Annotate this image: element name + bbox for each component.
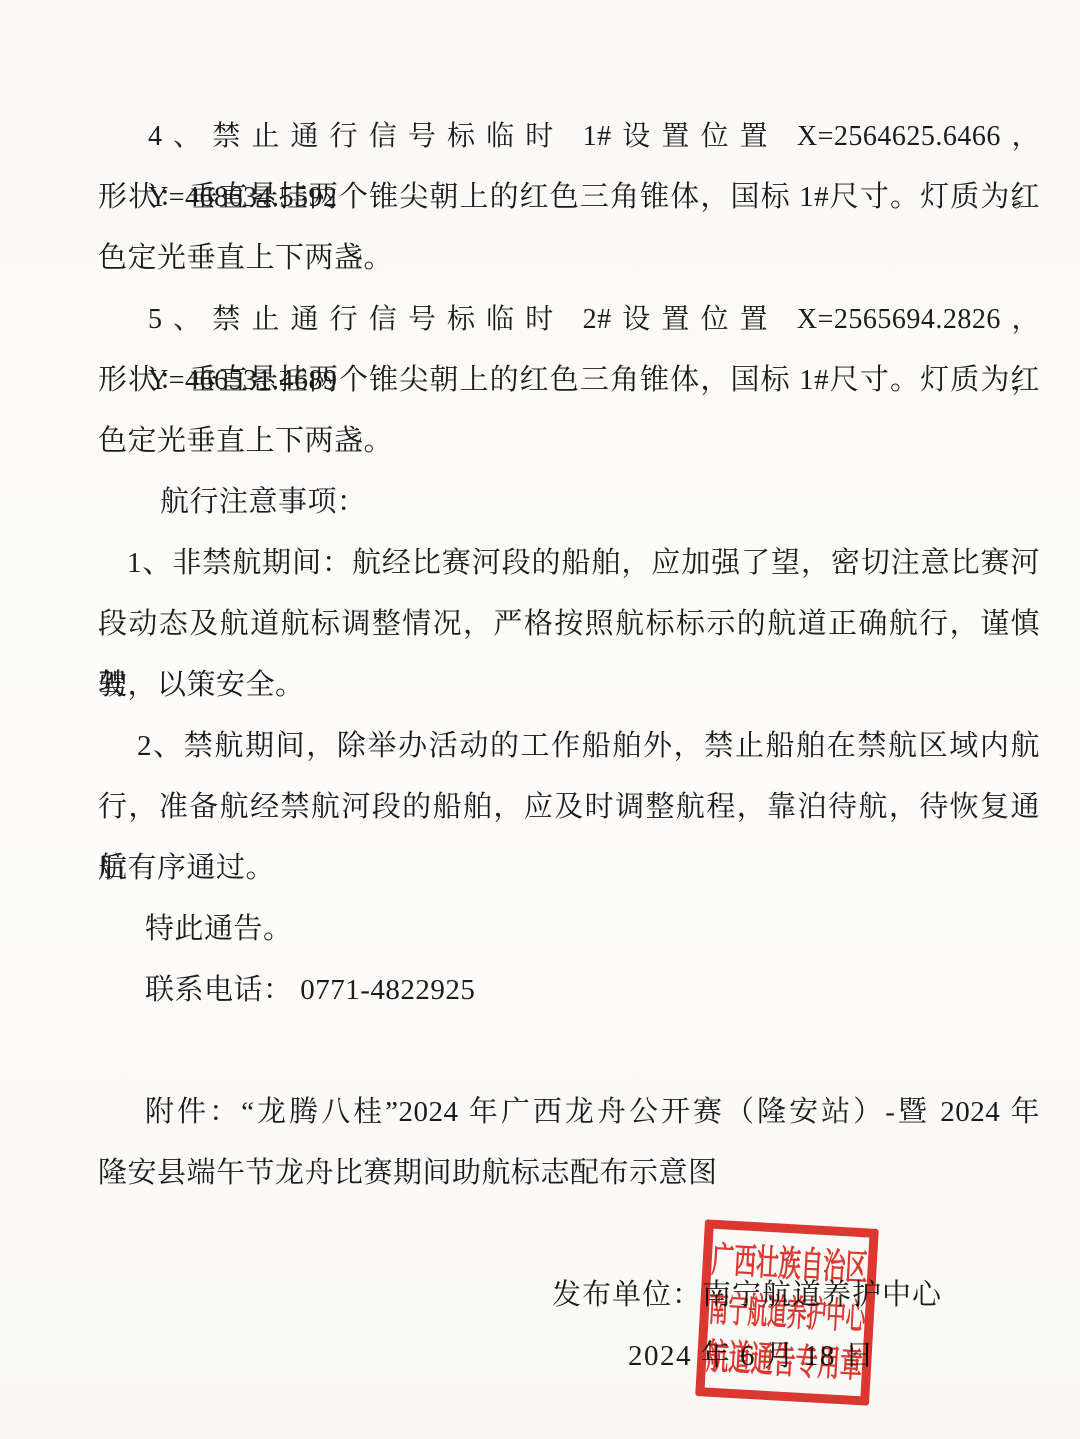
stamp-region-line: 广西壮族自治区 bbox=[711, 1241, 869, 1286]
item4-line2: 形状：垂直悬挂两个锥尖朝上的红色三角锥体，国标 1#尺寸。灯质为红 bbox=[98, 167, 1040, 228]
publisher-line: 发布单位：南宁航道养护中心 bbox=[98, 1265, 1040, 1326]
note2-line3: 后有序通过。 bbox=[98, 838, 1040, 899]
stamp-organization-line: 南宁航道养护中心 bbox=[708, 1290, 867, 1335]
item5-line2: 形状：垂直悬挂两个锥尖朝上的红色三角锥体，国标 1#尺寸。灯质为红 bbox=[98, 350, 1040, 411]
stamp-purpose-line: 航道通告专用章 bbox=[705, 1339, 863, 1384]
issue-date-line: 2024 年 6 月 18 日 bbox=[98, 1326, 1040, 1387]
note1-line3: 驶，以策安全。 bbox=[98, 655, 1040, 716]
blank-line bbox=[98, 1204, 1040, 1265]
closing-line: 特此通告。 bbox=[98, 899, 1040, 960]
item5-line1: 5、禁止通行信号标临时 2#设置位置 X=2565694.2826，Y=4665… bbox=[98, 289, 1040, 350]
note1-line2: 段动态及航道航标调整情况，严格按照航标标示的航道正确航行，谨慎驾 bbox=[98, 594, 1040, 655]
item5-line3: 色定光垂直上下两盏。 bbox=[98, 411, 1040, 472]
note2-line1: 2、禁航期间，除举办活动的工作船舶外，禁止船舶在禁航区域内航 bbox=[98, 716, 1040, 777]
official-seal-stamp: 广西壮族自治区 南宁航道养护中心 航道通告专用章 bbox=[695, 1219, 879, 1405]
blank-line bbox=[98, 1021, 1040, 1082]
attachment-line1: 附件：“龙腾八桂”2024 年广西龙舟公开赛（隆安站）-暨 2024 年 bbox=[98, 1082, 1040, 1143]
note1-line1: 1、非禁航期间：航经比赛河段的船舶，应加强了望，密切注意比赛河 bbox=[98, 533, 1040, 594]
navigation-notes-heading: 航行注意事项： bbox=[98, 472, 1040, 533]
contact-phone-line: 联系电话： 0771-4822925 bbox=[98, 960, 1040, 1021]
scanned-notice-page: 4、禁止通行信号标临时 1#设置位置 X=2564625.6466，Y=4686… bbox=[0, 0, 1080, 1439]
item4-line3: 色定光垂直上下两盏。 bbox=[98, 228, 1040, 289]
item4-line1: 4、禁止通行信号标临时 1#设置位置 X=2564625.6466，Y=4686… bbox=[98, 106, 1040, 167]
note2-line2: 行，准备航经禁航河段的船舶，应及时调整航程，靠泊待航，待恢复通航 bbox=[98, 777, 1040, 838]
notice-text-column: 4、禁止通行信号标临时 1#设置位置 X=2564625.6466，Y=4686… bbox=[98, 106, 1040, 1387]
attachment-line2: 隆安县端午节龙舟比赛期间助航标志配布示意图 bbox=[98, 1143, 1040, 1204]
